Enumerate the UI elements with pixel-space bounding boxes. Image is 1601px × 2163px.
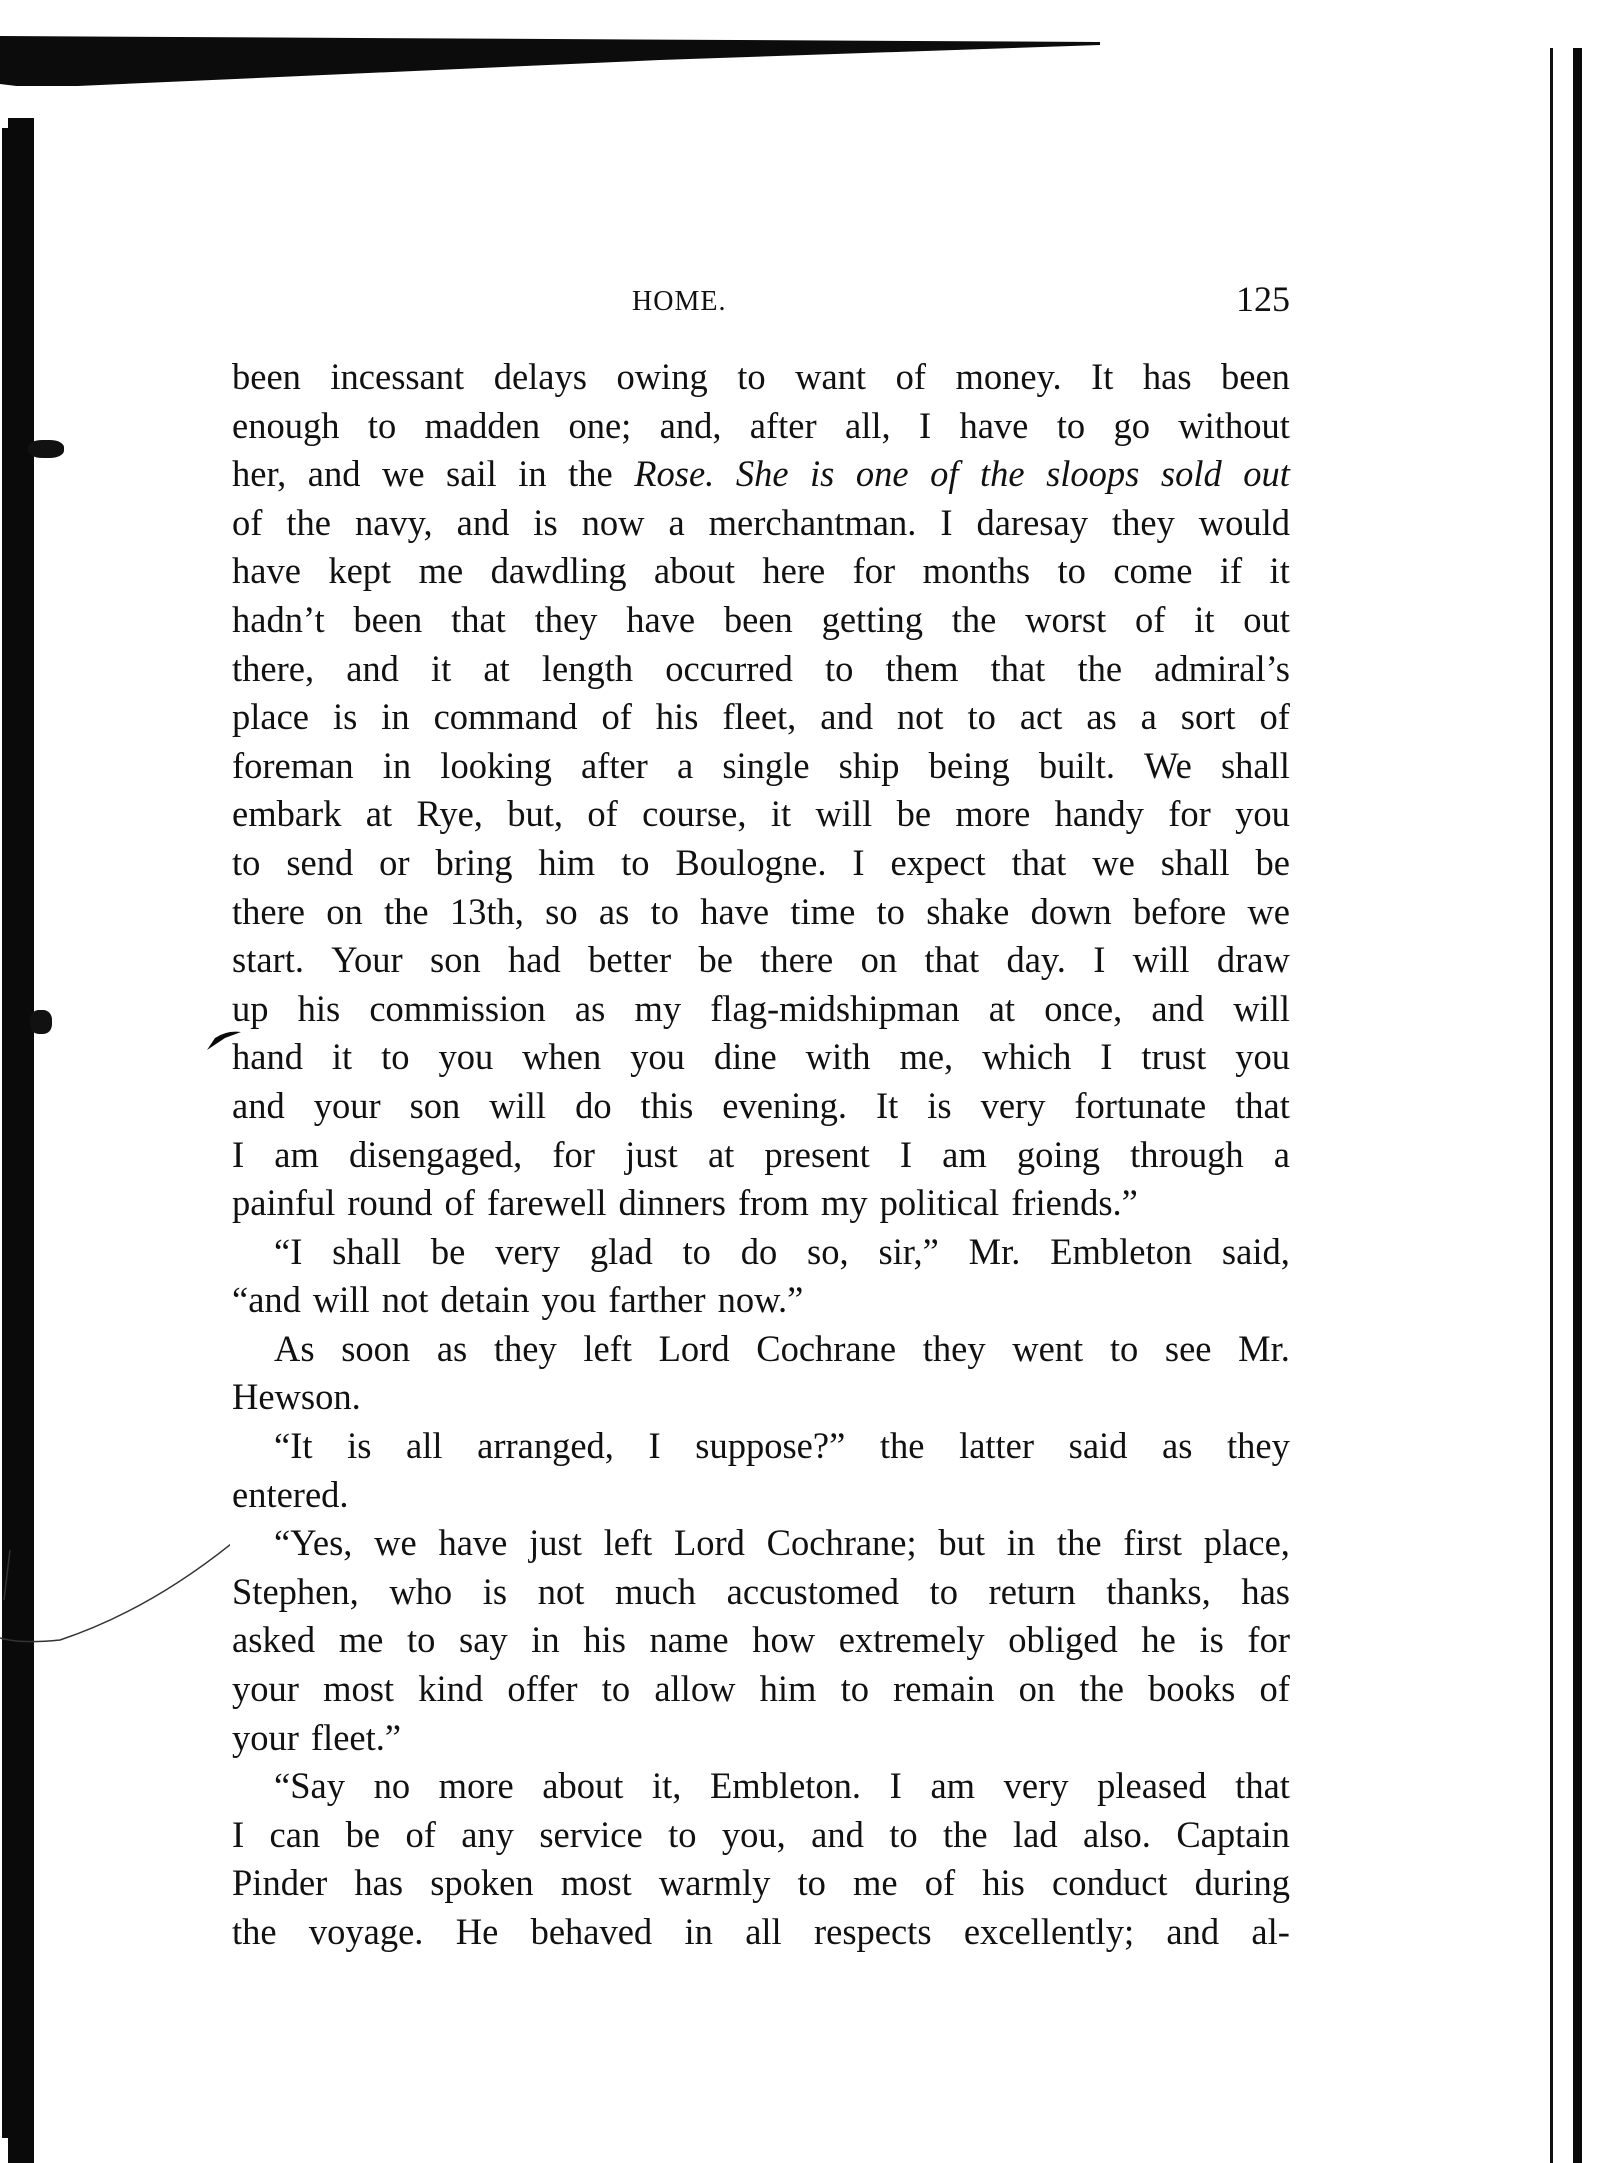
word: about <box>654 547 735 596</box>
word: Rye, <box>416 790 482 839</box>
word: in <box>1007 1519 1035 1568</box>
word: accustomed <box>727 1568 899 1617</box>
word: just <box>625 1131 678 1180</box>
word: a <box>1274 1131 1290 1180</box>
text-line: ofthenavy,andisnowamerchantman.Idaresayt… <box>232 499 1290 548</box>
word: getting <box>822 596 923 645</box>
word: they <box>1227 1422 1290 1471</box>
word: madden <box>425 402 541 451</box>
word: of <box>896 353 926 402</box>
word: you <box>1235 1033 1290 1082</box>
word: how <box>752 1616 815 1665</box>
word: most <box>323 1665 394 1714</box>
word: a <box>677 742 693 791</box>
word: allow <box>654 1665 735 1714</box>
word: owing <box>616 353 707 402</box>
word: I <box>900 1131 912 1180</box>
word: most <box>561 1859 632 1908</box>
word: arranged, <box>477 1422 614 1471</box>
word: daresay <box>976 499 1087 548</box>
word: for <box>853 547 896 596</box>
word: is <box>483 1568 507 1617</box>
text-line: yourmostkindoffertoallowhimtoremainonthe… <box>232 1665 1290 1714</box>
word: handy <box>1055 790 1144 839</box>
word: from <box>738 1179 809 1228</box>
word: went <box>1012 1325 1083 1374</box>
word: command <box>434 693 578 742</box>
word: is <box>927 1082 951 1131</box>
word: day. <box>1006 936 1065 985</box>
word: evening. <box>722 1082 847 1131</box>
word: and <box>1166 1908 1219 1957</box>
word: without <box>1178 402 1290 451</box>
word: dinners <box>619 1179 726 1228</box>
word: he <box>1141 1616 1175 1665</box>
word: will <box>815 790 872 839</box>
word: Cochrane; <box>767 1519 917 1568</box>
text-line: handittoyouwhenyoudinewithme,whichItrust… <box>232 1033 1290 1082</box>
word: so, <box>807 1228 849 1277</box>
word: expect <box>890 839 985 888</box>
word: as <box>1086 693 1116 742</box>
word: no <box>374 1762 411 1811</box>
word: course, <box>642 790 746 839</box>
word: and, <box>660 402 722 451</box>
word: books <box>1148 1665 1235 1714</box>
word: say <box>459 1616 508 1665</box>
word: sold <box>1161 450 1222 499</box>
word: shall <box>1221 742 1290 791</box>
word: spoken <box>430 1859 533 1908</box>
text-line: Iamdisengaged,forjustatpresentIamgoingth… <box>232 1131 1290 1180</box>
word: voyage. <box>309 1908 424 1957</box>
word: Mr. <box>969 1228 1021 1277</box>
word: just <box>529 1519 582 1568</box>
word: out <box>1243 596 1290 645</box>
word: we <box>382 450 425 499</box>
word: at <box>708 1131 734 1180</box>
word: detain <box>440 1276 529 1325</box>
word: place, <box>1204 1519 1290 1568</box>
word: will <box>313 1276 370 1325</box>
word: to <box>825 645 853 694</box>
word: you <box>1235 790 1290 839</box>
word: the <box>880 1422 925 1471</box>
word: She <box>736 450 789 499</box>
word: round <box>347 1179 432 1228</box>
word: to <box>930 1568 958 1617</box>
word: pleased <box>1097 1762 1206 1811</box>
word: to <box>407 1616 435 1665</box>
word: the <box>1079 1665 1124 1714</box>
scan-left-binding-edge <box>2 128 10 2138</box>
word: there <box>232 888 305 937</box>
word: kind <box>418 1665 483 1714</box>
text-line: uphiscommissionasmyflag-midshipmanatonce… <box>232 985 1290 1034</box>
text-line: Stephen,whoisnotmuchaccustomedtoreturnth… <box>232 1568 1290 1617</box>
word: Embleton. <box>710 1762 861 1811</box>
word: of <box>405 1811 435 1860</box>
word: the <box>952 596 997 645</box>
word: Lord <box>674 1519 745 1568</box>
word: at <box>366 790 392 839</box>
word: in <box>381 693 409 742</box>
word: said, <box>1222 1228 1290 1277</box>
word: in <box>383 742 411 791</box>
word: after <box>581 742 648 791</box>
word: a <box>668 499 684 548</box>
word: soon <box>341 1325 410 1374</box>
word: which <box>982 1033 1071 1082</box>
word: to <box>841 1665 869 1714</box>
word: sloops <box>1046 450 1139 499</box>
word: Your <box>331 936 402 985</box>
word: will <box>489 1082 546 1131</box>
word: of <box>1135 596 1165 645</box>
word: they <box>494 1325 557 1374</box>
word: this <box>641 1082 694 1131</box>
text-line: embarkatRye,but,ofcourse,itwillbemorehan… <box>232 790 1290 839</box>
word: been <box>232 353 301 402</box>
word: there, <box>232 645 314 694</box>
word: al- <box>1251 1908 1290 1957</box>
word: Boulogne. <box>675 839 826 888</box>
word: his <box>298 985 341 1034</box>
word: return <box>989 1568 1076 1617</box>
word: name <box>650 1616 729 1665</box>
word: in <box>684 1908 712 1957</box>
running-head: HOME. <box>632 286 726 318</box>
word: fleet, <box>722 693 796 742</box>
word: shake <box>926 888 1009 937</box>
word: He <box>456 1908 499 1957</box>
word: be <box>431 1228 465 1277</box>
word: it <box>332 1033 352 1082</box>
word: thanks, <box>1106 1568 1210 1617</box>
word: at <box>483 645 509 694</box>
word: merchantman. <box>709 499 917 548</box>
word: me, <box>899 1033 953 1082</box>
word: me <box>419 547 464 596</box>
word: Hewson. <box>232 1373 361 1422</box>
word: you, <box>722 1811 786 1860</box>
word: I <box>940 499 952 548</box>
word: navy, <box>355 499 433 548</box>
text-line: thereonthe13th,soastohavetimetoshakedown… <box>232 888 1290 937</box>
word: It <box>876 1082 898 1131</box>
word: being <box>929 742 1010 791</box>
word: I <box>1100 1033 1112 1082</box>
text-line: there,anditatlengthoccurredtothemthatthe… <box>232 645 1290 694</box>
scan-top-border <box>0 36 1100 86</box>
word: there <box>760 936 833 985</box>
word: has <box>354 1859 403 1908</box>
word: going <box>1017 1131 1100 1180</box>
word: that <box>451 596 506 645</box>
word: entered. <box>232 1471 349 1520</box>
word: have <box>232 547 301 596</box>
word: asked <box>232 1616 315 1665</box>
text-line: Pinderhasspokenmostwarmlytomeofhisconduc… <box>232 1859 1290 1908</box>
word: fortunate <box>1074 1082 1206 1131</box>
word: money. <box>955 353 1061 402</box>
word: shall <box>332 1228 401 1277</box>
word: during <box>1195 1859 1290 1908</box>
word: to <box>683 1228 711 1277</box>
text-line: yourfleet.” <box>232 1714 1290 1763</box>
word: lad <box>1013 1811 1058 1860</box>
word: been <box>724 596 793 645</box>
word: “It <box>274 1422 313 1471</box>
word: them <box>886 645 959 694</box>
text-line: start.Yoursonhadbetterbethereonthatday.I… <box>232 936 1290 985</box>
binding-blot <box>30 1010 52 1034</box>
word: would <box>1199 499 1290 548</box>
word: for <box>1247 1616 1290 1665</box>
word: my <box>821 1179 868 1228</box>
word: offer <box>507 1665 577 1714</box>
word: disengaged, <box>349 1131 522 1180</box>
word: send <box>286 839 353 888</box>
word: him <box>538 839 595 888</box>
text-line: askedmetosayinhisnamehowextremelyobliged… <box>232 1616 1290 1665</box>
word: am <box>930 1762 975 1811</box>
word: Embleton <box>1050 1228 1192 1277</box>
word: it <box>1194 596 1214 645</box>
word: I <box>1093 936 1105 985</box>
word: his <box>583 1616 626 1665</box>
word: embark <box>232 790 341 839</box>
word: of <box>1259 693 1289 742</box>
text-line: foremaninlookingafterasingleshipbeingbui… <box>232 742 1290 791</box>
word: to <box>889 1811 917 1860</box>
word: his <box>982 1859 1025 1908</box>
word: been <box>353 596 422 645</box>
word: and <box>457 499 510 548</box>
word: admiral’s <box>1154 645 1290 694</box>
word: is <box>533 499 557 548</box>
word: when <box>522 1033 601 1082</box>
word: present <box>764 1131 869 1180</box>
word: months <box>923 547 1031 596</box>
word: all <box>406 1422 442 1471</box>
word: all, <box>845 402 891 451</box>
text-line: “Yes,wehavejustleftLordCochrane;butinthe… <box>232 1519 1290 1568</box>
word: we <box>1247 888 1290 937</box>
word: worst <box>1025 596 1106 645</box>
word: a <box>1141 693 1157 742</box>
pencil-scribble <box>0 1540 230 1680</box>
word: will <box>1233 985 1290 1034</box>
word: not <box>538 1568 585 1617</box>
word: Mr. <box>1238 1325 1290 1374</box>
word: that <box>991 645 1046 694</box>
text-line: entered. <box>232 1471 1290 1520</box>
word: glad <box>590 1228 653 1277</box>
word: to <box>1057 402 1085 451</box>
word: your <box>232 1714 299 1763</box>
word: commission <box>369 985 545 1034</box>
word: of <box>445 1179 475 1228</box>
word: is <box>333 693 357 742</box>
word: to <box>621 839 649 888</box>
word: political <box>880 1179 1000 1228</box>
text-line: her,andwesailintheRose.Sheisoneofthesloo… <box>232 450 1290 499</box>
word: it, <box>652 1762 681 1811</box>
word: built. <box>1039 742 1115 791</box>
word: been <box>1221 353 1290 402</box>
text-line: “Saynomoreaboutit,Embleton.Iamveryplease… <box>232 1762 1290 1811</box>
word: and <box>232 1082 285 1131</box>
word: We <box>1144 742 1192 791</box>
word: for <box>1168 790 1211 839</box>
text-line: andyoursonwilldothisevening.Itisveryfort… <box>232 1082 1290 1131</box>
word: said <box>1069 1422 1128 1471</box>
word: length <box>542 645 633 694</box>
word: the <box>568 450 613 499</box>
word: they <box>535 596 598 645</box>
text-line: beenincessantdelaysowingtowantofmoney.It… <box>232 353 1290 402</box>
word: we <box>374 1519 417 1568</box>
word: start. <box>232 936 304 985</box>
word: him <box>760 1665 817 1714</box>
page-number: 125 <box>1236 278 1290 320</box>
text-line: havekeptmedawdlingabouthereformonthstoco… <box>232 547 1290 596</box>
word: act <box>1020 693 1063 742</box>
text-line: Hewson. <box>232 1373 1290 1422</box>
word: the <box>232 1908 277 1957</box>
word: to <box>737 353 765 402</box>
text-line: hadn’tbeenthattheyhavebeengettingthewors… <box>232 596 1290 645</box>
word: to <box>651 888 679 937</box>
word: have <box>626 596 695 645</box>
word: As <box>274 1325 315 1374</box>
word: but, <box>507 790 563 839</box>
word: of <box>601 693 631 742</box>
text-line: Icanbeofanyservicetoyou,andtotheladalso.… <box>232 1811 1290 1860</box>
word: sort <box>1181 693 1236 742</box>
word: behaved <box>531 1908 653 1957</box>
word: it <box>431 645 451 694</box>
word: have <box>959 402 1028 451</box>
word: the <box>1057 1519 1102 1568</box>
text-line: tosendorbringhimtoBoulogne.Iexpectthatwe… <box>232 839 1290 888</box>
word: single <box>722 742 809 791</box>
word: to <box>1058 547 1086 596</box>
word: as <box>1162 1422 1192 1471</box>
word: to <box>1110 1325 1138 1374</box>
text-line: AssoonastheyleftLordCochranetheywenttose… <box>232 1325 1290 1374</box>
word: remain <box>893 1665 994 1714</box>
word: it <box>1270 547 1290 596</box>
word: service <box>539 1811 642 1860</box>
word: do <box>741 1228 778 1277</box>
word: place <box>232 693 309 742</box>
word: more <box>439 1762 514 1811</box>
word: the <box>980 450 1025 499</box>
word: me <box>339 1616 384 1665</box>
binding-blot <box>28 440 64 458</box>
word: left <box>583 1325 632 1374</box>
word: Captain <box>1176 1811 1290 1860</box>
word: do <box>575 1082 612 1131</box>
word: as <box>437 1325 467 1374</box>
word: of <box>925 1859 955 1908</box>
text-line: thevoyage.Hebehavedinallrespectsexcellen… <box>232 1908 1290 1957</box>
word: after <box>750 402 817 451</box>
word: very <box>1004 1762 1069 1811</box>
word: bring <box>435 839 512 888</box>
word: and <box>308 450 361 499</box>
word: your <box>232 1665 299 1714</box>
word: has <box>1143 353 1192 402</box>
word: his <box>656 693 699 742</box>
word: that <box>1235 1082 1290 1131</box>
word: I <box>649 1422 661 1471</box>
word: time <box>790 888 855 937</box>
word: can <box>270 1811 321 1860</box>
word: also. <box>1083 1811 1151 1860</box>
word: “Say <box>274 1762 345 1811</box>
word: it <box>771 790 791 839</box>
word: extremely <box>839 1616 985 1665</box>
word: on <box>1019 1665 1056 1714</box>
word: as <box>575 985 605 1034</box>
word: to <box>967 693 995 742</box>
text-line: placeisincommandofhisfleet,andnottoactas… <box>232 693 1290 742</box>
word: farewell <box>487 1179 607 1228</box>
word: be <box>346 1811 380 1860</box>
word: now <box>582 499 645 548</box>
word: more <box>955 790 1030 839</box>
word: I <box>232 1811 244 1860</box>
body-text: beenincessantdelaysowingtowantofmoney.It… <box>232 353 1290 1957</box>
word: kept <box>328 547 391 596</box>
word: draw <box>1217 936 1290 985</box>
word: obliged <box>1008 1616 1117 1665</box>
word: occurred <box>665 645 793 694</box>
word: son <box>430 936 481 985</box>
word: very <box>495 1228 560 1277</box>
word: have <box>438 1519 507 1568</box>
word: so <box>545 888 577 937</box>
word: want <box>795 353 866 402</box>
word: I <box>890 1762 902 1811</box>
word: 13th, <box>450 888 524 937</box>
word: respects <box>814 1908 932 1957</box>
word: is <box>810 450 834 499</box>
scan-left-binding <box>8 118 34 2163</box>
word: much <box>615 1568 696 1617</box>
word: ship <box>839 742 900 791</box>
word: of <box>232 499 262 548</box>
text-line: painfulroundoffarewelldinnersfrommypolit… <box>232 1179 1290 1228</box>
word: I <box>852 839 864 888</box>
word: not <box>382 1276 429 1325</box>
word: left <box>604 1519 653 1568</box>
word: I <box>919 402 931 451</box>
word: first <box>1123 1519 1182 1568</box>
word: your <box>314 1082 381 1131</box>
word: It <box>1091 353 1113 402</box>
word: not <box>897 693 944 742</box>
word: of <box>930 450 958 499</box>
word: up <box>232 985 269 1034</box>
word: to <box>381 1033 409 1082</box>
word: my <box>634 985 681 1034</box>
word: “Yes, <box>274 1519 352 1568</box>
word: to <box>368 402 396 451</box>
